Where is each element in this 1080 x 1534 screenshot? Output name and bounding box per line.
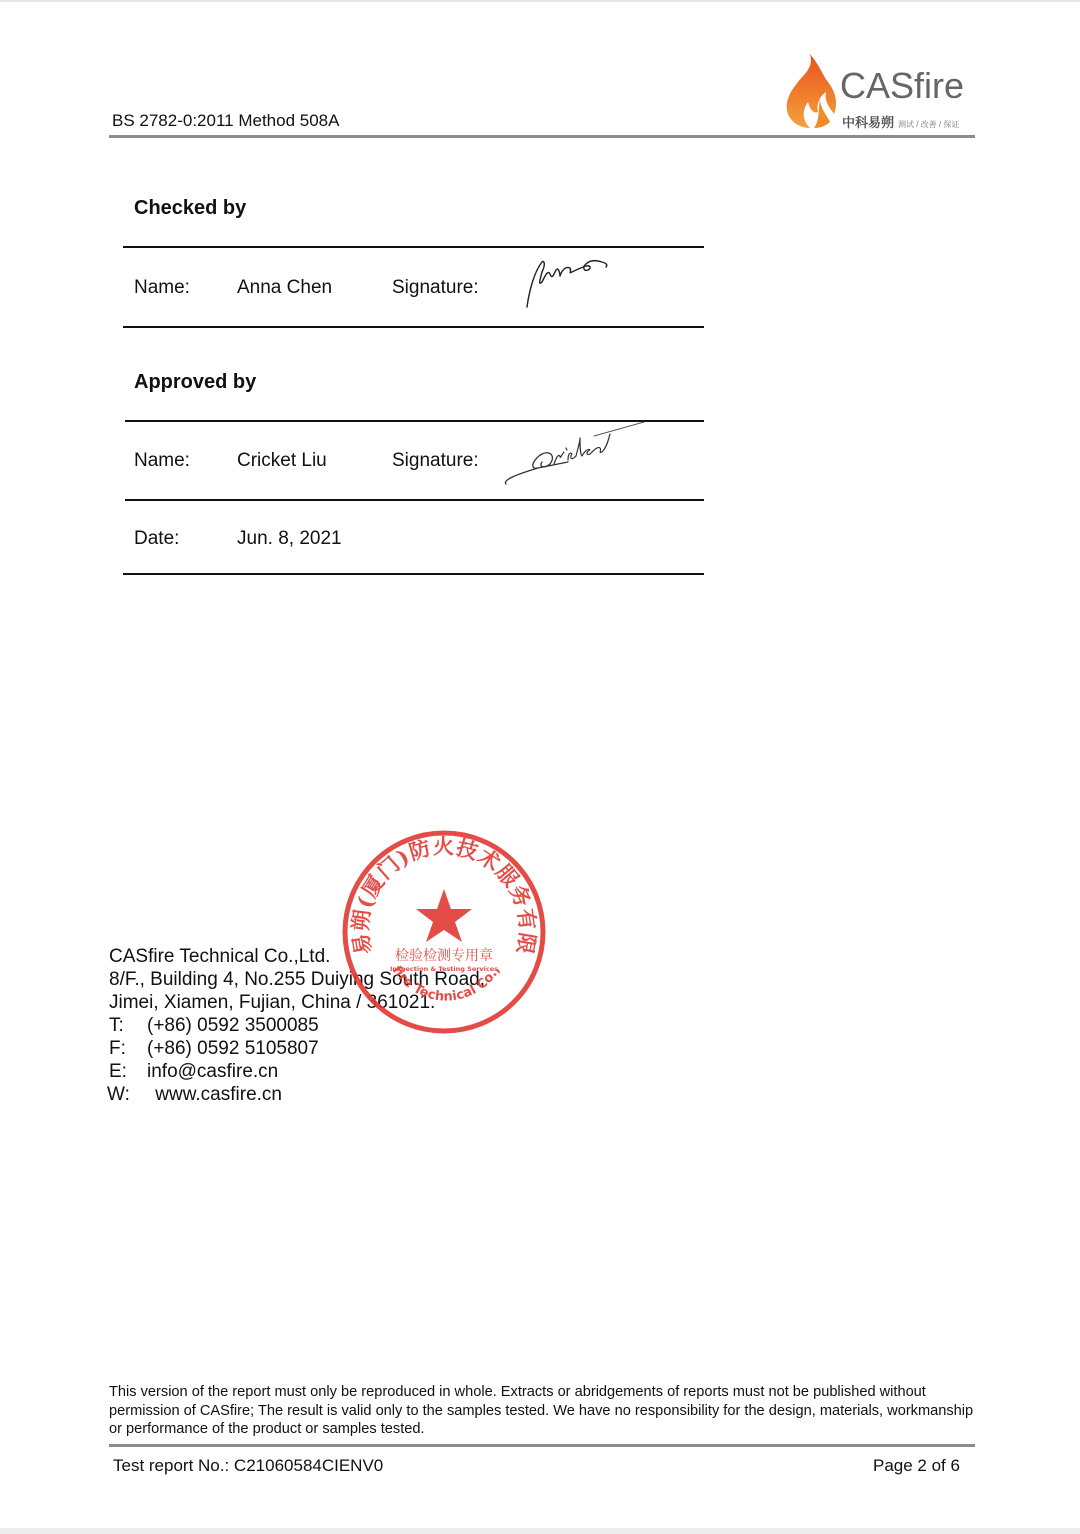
approved-by-middle-rule [125,499,704,501]
stamp-outer-text: 中科易朔(厦门)防火技术服务有限公司 [340,829,541,957]
contact-fax: F:(+86) 0592 5105807 [109,1037,485,1060]
contact-key: T: [109,1014,147,1037]
logo-cn-name: 中科易朔测试 / 改善 / 保证 [842,112,959,131]
logo-cn-text: 中科易朔 [842,115,894,130]
approved-signature-label: Signature: [392,450,479,472]
approved-name-value: Cricket Liu [237,450,327,472]
page-indicator: Page 2 of 6 [873,1456,960,1476]
approved-name-label: Name: [134,450,190,472]
contact-key: E: [109,1060,147,1083]
logo-tagline: 测试 / 改善 / 保证 [898,120,959,129]
viewer-bottom-edge [0,1528,1080,1534]
viewer-top-edge [0,0,1080,2]
contact-key: F: [109,1037,147,1060]
test-report-number: Test report No.: C21060584CIENV0 [113,1456,383,1476]
standard-reference: BS 2782-0:2011 Method 508A [112,111,339,131]
date-value: Jun. 8, 2021 [237,528,342,550]
casfire-logo: CASfire 中科易朔测试 / 改善 / 保证 [780,50,980,130]
checked-by-heading: Checked by [134,197,246,220]
checked-signature-label: Signature: [392,277,479,299]
flame-icon [780,52,840,128]
date-label: Date: [134,528,179,550]
company-seal-stamp: 中科易朔(厦门)防火技术服务有限公司 检验检测专用章 Inspection & … [340,829,548,1035]
report-disclaimer: This version of the report must only be … [109,1383,979,1439]
contact-website: W: www.casfire.cn [107,1083,485,1106]
contact-email: E:info@casfire.cn [109,1060,485,1083]
contact-value[interactable]: info@casfire.cn [147,1061,278,1082]
checked-name-label: Name: [134,277,190,299]
logo-wordmark: CASfire [840,68,964,104]
star-icon [416,889,472,942]
footer-divider [109,1444,975,1447]
approved-by-heading: Approved by [134,371,256,394]
checked-by-bottom-rule [123,326,704,328]
handwritten-signature-icon [498,418,648,490]
contact-value: (+86) 0592 3500085 [147,1015,319,1036]
handwritten-signature-icon [520,252,620,312]
approved-by-bottom-rule [123,573,704,575]
header-divider [109,135,975,138]
contact-value: (+86) 0592 5105807 [147,1038,319,1059]
checked-by-top-rule [123,246,704,248]
stamp-center-text: 检验检测专用章 [395,947,493,964]
contact-key: W: [107,1083,150,1106]
checked-name-value: Anna Chen [237,277,332,299]
contact-value[interactable]: www.casfire.cn [150,1084,282,1105]
